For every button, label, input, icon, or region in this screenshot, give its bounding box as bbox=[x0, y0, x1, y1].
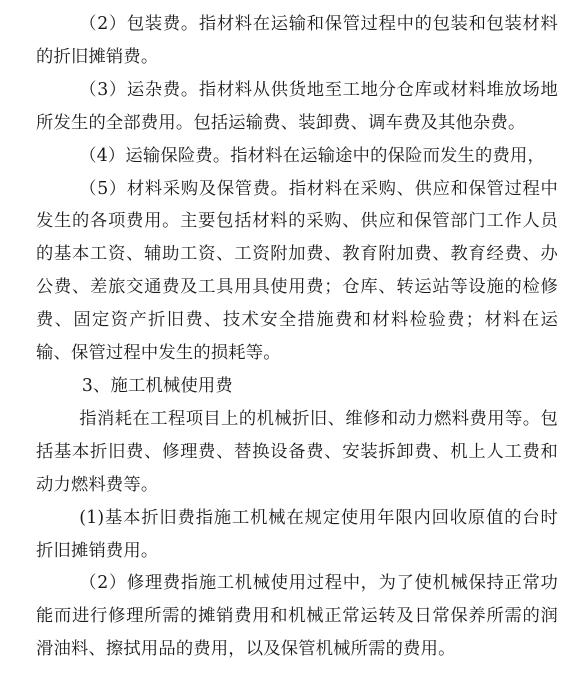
paragraph-procurement-storage-fee: （5）材料采购及保管费。指材料在采购、供应和保管过程中发生的各项费用。主要包括材… bbox=[36, 173, 558, 370]
paragraph-packaging-fee: （2）包装费。指材料在运输和保管过程中的包装和包装材料的折旧摊销费。 bbox=[36, 8, 558, 74]
paragraph-machinery-definition: 指消耗在工程项目上的机械折旧、维修和动力燃料费用等。包括基本折旧费、修理费、替换… bbox=[36, 403, 558, 502]
paragraph-transport-insurance: （4）运输保险费。指材料在运输途中的保险而发生的费用， bbox=[36, 140, 558, 173]
paragraph-basic-depreciation: (1)基本折旧费指施工机械在规定使用年限内回收原值的台时折旧摊销费用。 bbox=[36, 502, 558, 568]
paragraph-repair-fee: （2）修理费指施工机械使用过程中，为了使机械保持正常功能而进行修理所需的摊销费用… bbox=[36, 567, 558, 666]
paragraph-freight-fee: （3）运杂费。指材料从供货地至工地分仓库或材料堆放场地所发生的全部费用。包括运输… bbox=[36, 74, 558, 140]
document-page: （2）包装费。指材料在运输和保管过程中的包装和包装材料的折旧摊销费。 （3）运杂… bbox=[36, 8, 558, 666]
section-heading-machinery-usage: 3、施工机械使用费 bbox=[36, 370, 558, 403]
